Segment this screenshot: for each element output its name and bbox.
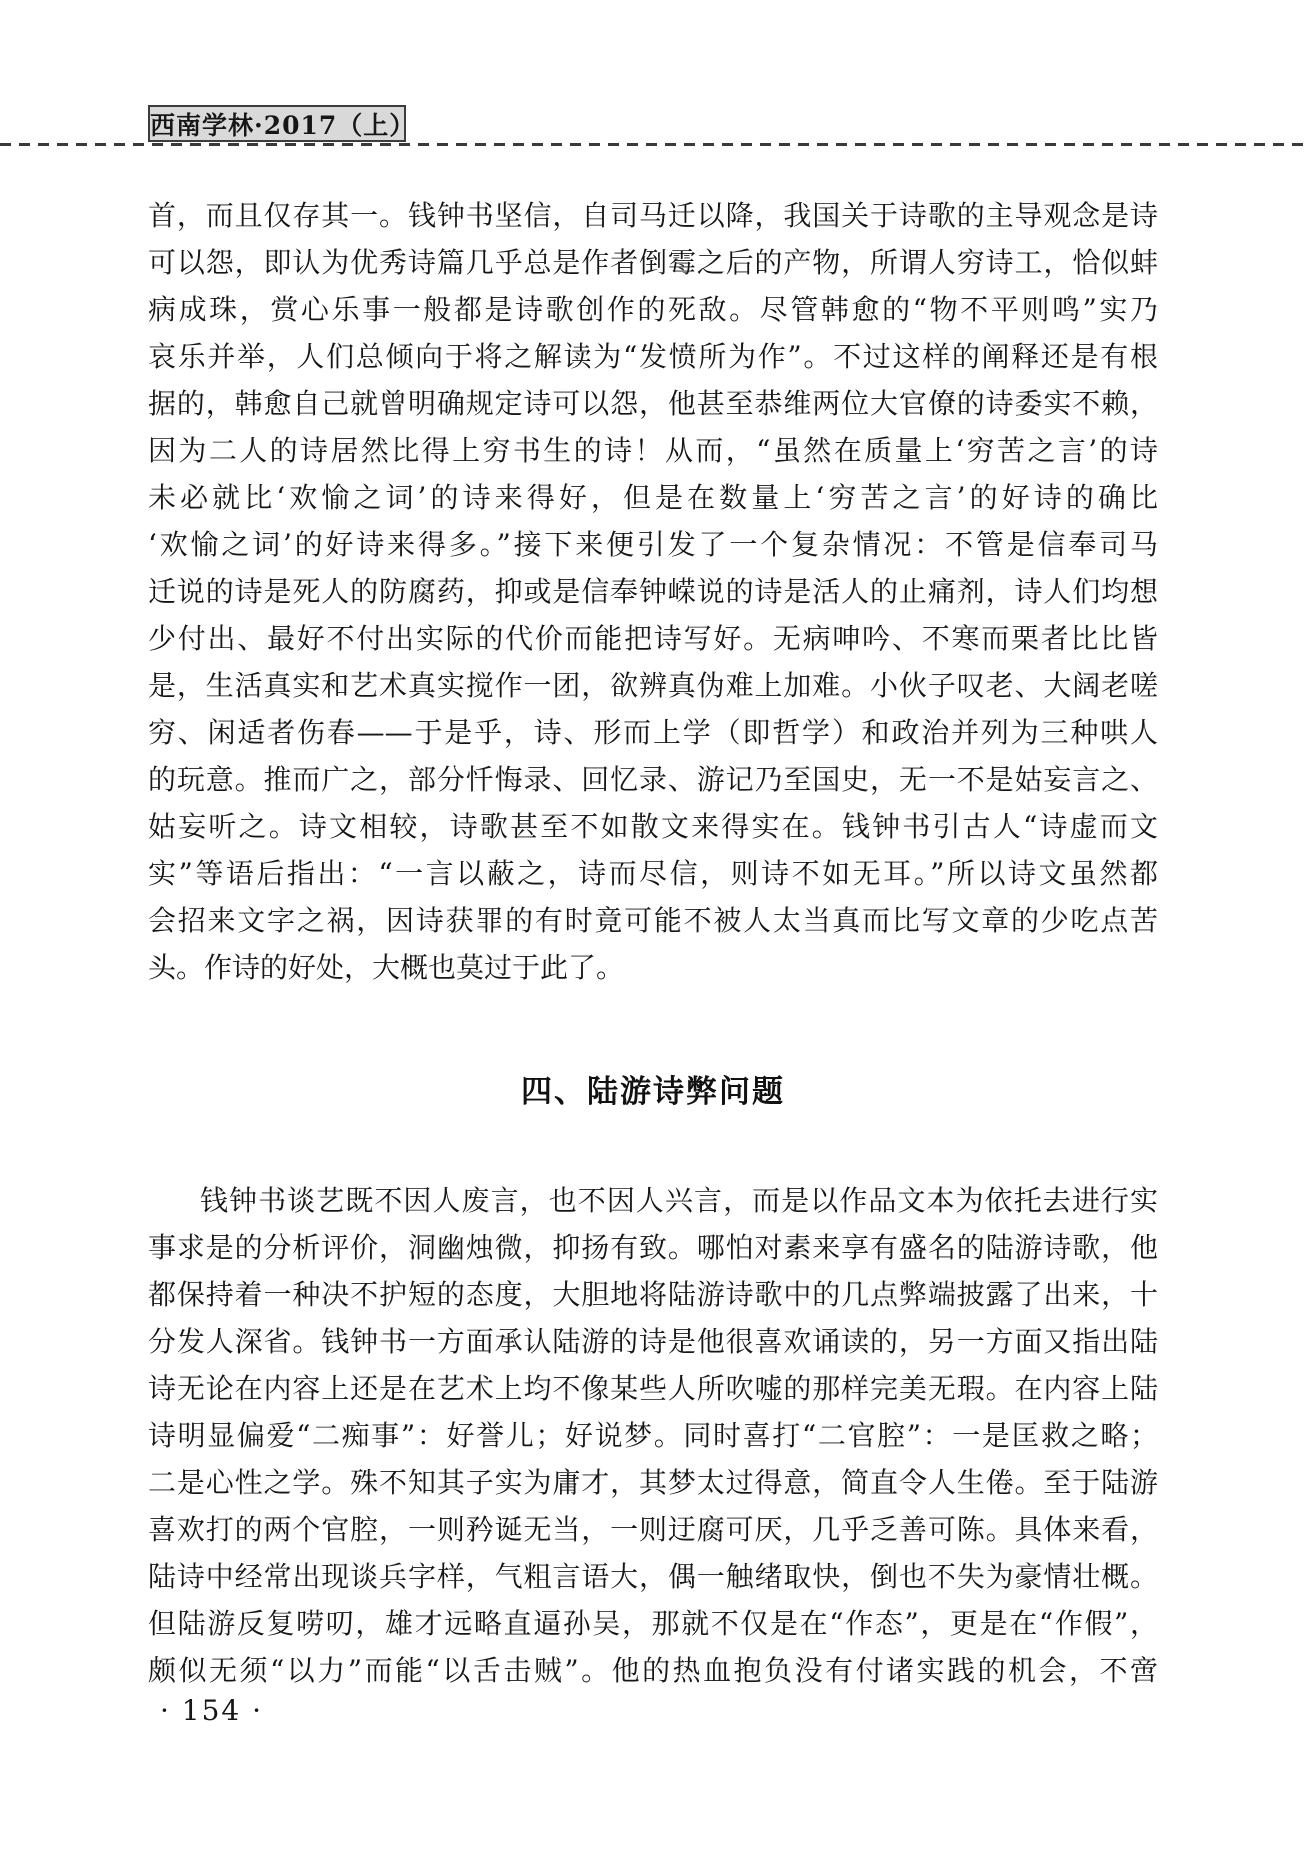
text-line: 都保持着一种决不护短的态度，大胆地将陆游诗歌中的几点弊端披露了出来，十	[148, 1271, 1158, 1318]
text-line: 穷、闲适者伤春——于是乎，诗、形而上学（即哲学）和政治并列为三种哄人	[148, 709, 1158, 756]
text-line: 可以怨，即认为优秀诗篇几乎总是作者倒霉之后的产物，所谓人穷诗工，恰似蚌	[148, 239, 1158, 286]
text-line: 姑妄听之。诗文相较，诗歌甚至不如散文来得实在。钱钟书引古人“诗虚而文	[148, 803, 1158, 850]
document-page: 西南学林·2017（上） 首，而且仅存其一。钱钟书坚信，自司马迁以降，我国关于诗…	[0, 0, 1307, 1859]
text-line: 分发人深省。钱钟书一方面承认陆游的诗是他很喜欢诵读的，另一方面又指出陆	[148, 1318, 1158, 1365]
text-line: 病成珠，赏心乐事一般都是诗歌创作的死敌。尽管韩愈的“物不平则鸣”实乃	[148, 286, 1158, 333]
text-line: 的玩意。推而广之，部分忏悔录、回忆录、游记乃至国史，无一不是姑妄言之、	[148, 756, 1158, 803]
paragraph-continuation: 首，而且仅存其一。钱钟书坚信，自司马迁以降，我国关于诗歌的主导观念是诗 可以怨，…	[148, 192, 1158, 991]
text-line: 迁说的诗是死人的防腐药，抑或是信奉钟嵘说的诗是活人的止痛剂，诗人们均想	[148, 568, 1158, 615]
text-line: 喜欢打的两个官腔，一则矜诞无当，一则迂腐可厌，几乎乏善可陈。具体来看，	[148, 1506, 1158, 1553]
text-line: 首，而且仅存其一。钱钟书坚信，自司马迁以降，我国关于诗歌的主导观念是诗	[148, 192, 1158, 239]
text-line: 钱钟书谈艺既不因人废言，也不因人兴言，而是以作品文本为依托去进行实	[148, 1177, 1158, 1224]
text-line: ‘欢愉之词’的好诗来得多。”接下来便引发了一个复杂情况：不管是信奉司马	[148, 521, 1158, 568]
journal-running-head: 西南学林·2017（上）	[148, 105, 406, 142]
text-line: 据的，韩愈自己就曾明确规定诗可以怨，他甚至恭维两位大官僚的诗委实不赖，	[148, 380, 1158, 427]
text-line: 诗明显偏爱“二痴事”：好誉儿；好说梦。同时喜打“二官腔”：一是匡救之略；	[148, 1412, 1158, 1459]
text-line: 颇似无须“以力”而能“以舌击贼”。他的热血抱负没有付诸实践的机会，不啻	[148, 1647, 1158, 1694]
text-line: 事求是的分析评价，洞幽烛微，抑扬有致。哪怕对素来享有盛名的陆游诗歌，他	[148, 1224, 1158, 1271]
text-line: 实”等语后指出：“一言以蔽之，诗而尽信，则诗不如无耳。”所以诗文虽然都	[148, 850, 1158, 897]
text-line: 因为二人的诗居然比得上穷书生的诗！从而，“虽然在质量上‘穷苦之言’的诗	[148, 427, 1158, 474]
page-number: · 154 ·	[160, 1694, 263, 1727]
text-line: 少付出、最好不付出实际的代价而能把诗写好。无病呻吟、不寒而栗者比比皆	[148, 615, 1158, 662]
paragraph-section-body: 钱钟书谈艺既不因人废言，也不因人兴言，而是以作品文本为依托去进行实 事求是的分析…	[148, 1177, 1158, 1694]
text-line: 二是心性之学。殊不知其子实为庸才，其梦太过得意，简直令人生倦。至于陆游	[148, 1459, 1158, 1506]
text-line: 头。作诗的好处，大概也莫过于此了。	[148, 944, 1158, 991]
text-line: 哀乐并举，人们总倾向于将之解读为“发愤所为作”。不过这样的阐释还是有根	[148, 333, 1158, 380]
text-line: 会招来文字之祸，因诗获罪的有时竟可能不被人太当真而比写文章的少吃点苦	[148, 897, 1158, 944]
text-line: 但陆游反复唠叨，雄才远略直逼孙吴，那就不仅是在“作态”，更是在“作假”，	[148, 1600, 1158, 1647]
text-line: 陆诗中经常出现谈兵字样，气粗言语大，偶一触绪取快，倒也不失为豪情壮概。	[148, 1553, 1158, 1600]
text-line: 诗无论在内容上还是在艺术上均不像某些人所吹嘘的那样完美无瑕。在内容上陆	[148, 1365, 1158, 1412]
section-heading: 四、陆游诗弊问题	[148, 1066, 1158, 1111]
text-line: 未必就比‘欢愉之词’的诗来得好，但是在数量上‘穷苦之言’的好诗的确比	[148, 474, 1158, 521]
text-line: 是，生活真实和艺术真实搅作一团，欲辨真伪难上加难。小伙子叹老、大阔老嗟	[148, 662, 1158, 709]
